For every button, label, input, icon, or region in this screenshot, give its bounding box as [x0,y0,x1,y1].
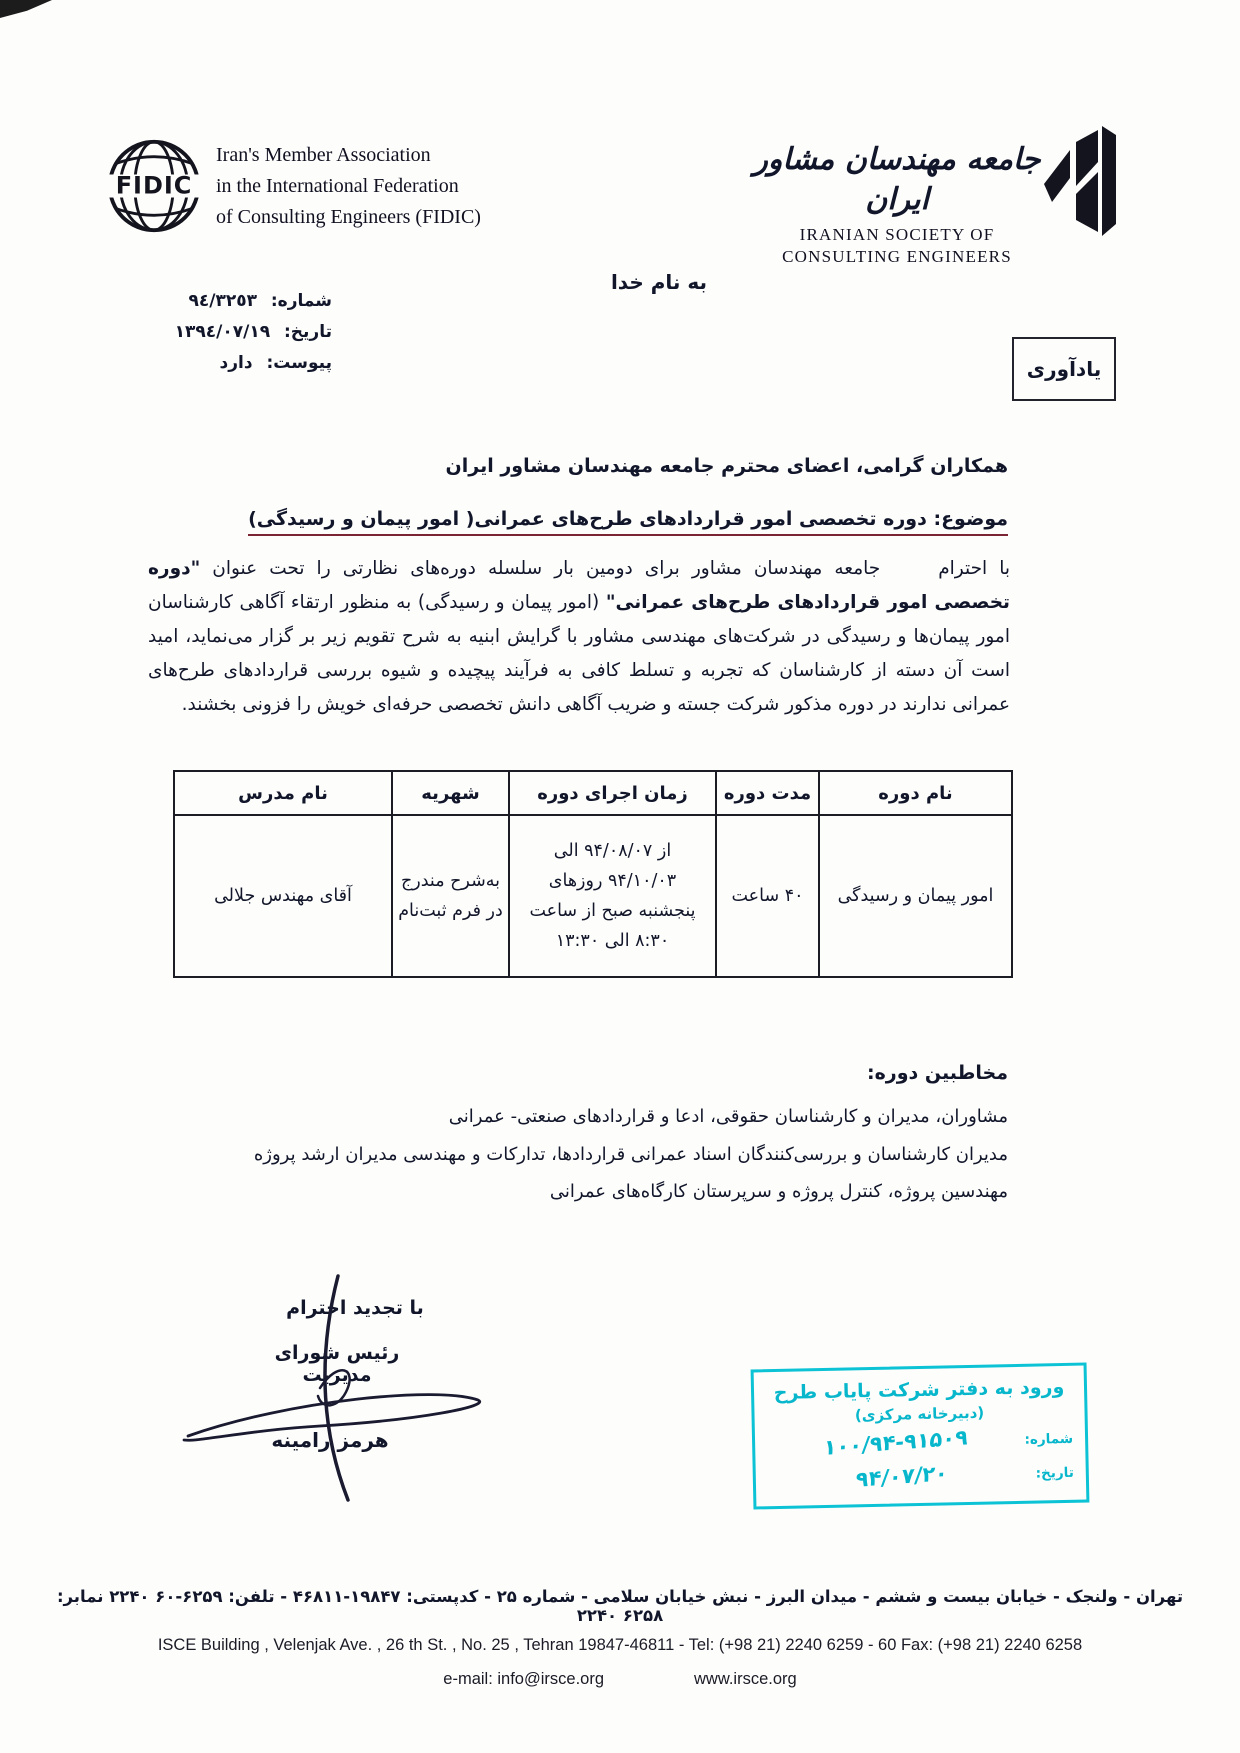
addressee-line: همکاران گرامی، اعضای محترم جامعه مهندسان… [446,455,1008,477]
subject-line: موضوع: دوره تخصصی امور قراردادهای طرح‌ها… [248,508,1008,536]
schedule-line: از ۹۴/۰۸/۰۷ الی [511,836,714,866]
audience-heading: مخاطبین دوره: [867,1062,1008,1084]
ref-date-value: ١٣٩٤/٠٧/١٩ [175,322,270,342]
body-paragraph: با احترامجامعه مهندسان مشاور برای دومین … [148,552,1010,722]
audience-item: مشاوران، مدیران و کارشناسان حقوقی، ادعا … [254,1098,1008,1136]
fidic-globe-icon: FIDIC [106,138,202,234]
fidic-line-1: Iran's Member Association [216,140,481,171]
audience-item: مدیران کارشناسان و بررسی‌کنندگان اسناد ع… [254,1136,1008,1174]
col-instructor: نام مدرس [174,771,392,815]
entry-stamp: ورود به دفتر شرکت پایاب طرح (دبیرخانه مر… [751,1362,1090,1509]
ref-attachment: پیوست: دارد [175,348,332,379]
ref-attachment-label: پیوست: [267,353,333,373]
signature-closing: با تجدید احترام [270,1297,440,1319]
footer-address-en: ISCE Building , Velenjak Ave. , 26 th St… [40,1636,1200,1655]
ref-number-value: ٩٤/٣٢٥٣ [188,291,256,311]
subject-label: موضوع: [933,508,1008,530]
schedule-line: ۸:۳۰ الی ۱۳:۳۰ [511,926,714,956]
fidic-line-2: in the International Federation [216,171,481,202]
footer-website: www.irsce.org [694,1670,797,1689]
audience-list: مشاوران، مدیران و کارشناسان حقوقی، ادعا … [254,1098,1008,1211]
isce-name-en-2: CONSULTING ENGINEERS [752,246,1042,268]
signature-name: هرمز رامینه [245,1428,415,1452]
cell-schedule: از ۹۴/۰۸/۰۷ الی ۹۴/۱۰/۰۳ روزهای پنجشنبه … [509,815,716,977]
ref-attachment-value: دارد [220,353,253,373]
salutation: با احترام [938,558,1010,579]
cell-instructor: آقای مهندس جلالی [174,815,392,977]
bismillah: به نام خدا [539,270,779,294]
ref-date: تاریخ: ١٣٩٤/٠٧/١٩ [175,317,332,348]
col-fee: شهریه [392,771,509,815]
fidic-header: FIDIC Iran's Member Association in the I… [106,138,481,234]
isce-calligraphy: جامعه مهندسان مشاور ایران [752,140,1042,220]
scanned-letter-page: FIDIC Iran's Member Association in the I… [0,0,1240,1753]
subject-text: دوره تخصصی امور قراردادهای طرح‌های عمران… [248,508,927,530]
scan-artifact [0,0,52,18]
audience-item: مهندسین پروژه، کنترل پروژه و سرپرستان کا… [254,1173,1008,1211]
body-text-1: جامعه مهندسان مشاور برای دومین بار سلسله… [200,558,880,579]
stamp-date-label: تاریخ: [1036,1465,1074,1482]
fee-line: در فرم ثبت‌نام [394,896,507,926]
footer-address-fa: تهران - ولنجک - خیابان بیست و ششم - میدا… [40,1587,1200,1625]
stamp-date-value: ۹۴/۰۷/۲۰ [767,1454,1036,1498]
schedule-line: پنجشنبه صبح از ساعت [511,896,714,926]
fee-line: به‌شرح مندرج [394,866,507,896]
reference-block: شماره: ٩٤/٣٢٥٣ تاریخ: ١٣٩٤/٠٧/١٩ پیوست: … [175,286,332,379]
stamp-date-row: تاریخ: ۹۴/۰۷/۲۰ [768,1456,1075,1496]
schedule-line: ۹۴/۱۰/۰۳ روزهای [511,866,714,896]
course-table: نام دوره مدت دوره زمان اجرای دوره شهریه … [173,770,1013,978]
footer-contact-line: e-mail: info@irsce.org www.irsce.org [40,1670,1200,1689]
col-schedule: زمان اجرای دوره [509,771,716,815]
stamp-number-label: شماره: [1024,1431,1073,1448]
table-header-row: نام دوره مدت دوره زمان اجرای دوره شهریه … [174,771,1012,815]
cell-duration: ۴۰ ساعت [716,815,819,977]
ref-number: شماره: ٩٤/٣٢٥٣ [175,286,332,317]
ref-number-label: شماره: [271,291,332,311]
fidic-line-3: of Consulting Engineers (FIDIC) [216,202,481,233]
reminder-box: یادآوری [1012,337,1116,401]
table-row: امور پیمان و رسیدگی ۴۰ ساعت از ۹۴/۰۸/۰۷ … [174,815,1012,977]
cell-fee: به‌شرح مندرج در فرم ثبت‌نام [392,815,509,977]
footer-email: e-mail: info@irsce.org [443,1670,604,1689]
signature-title: رئیس شورای مدیریت [237,1342,437,1386]
col-course-name: نام دوره [819,771,1012,815]
isce-name-en-1: IRANIAN SOCIETY OF [752,224,1042,246]
ref-date-label: تاریخ: [284,322,332,342]
cell-course-name: امور پیمان و رسیدگی [819,815,1012,977]
col-duration: مدت دوره [716,771,819,815]
isce-header: جامعه مهندسان مشاور ایران IRANIAN SOCIET… [752,140,1042,268]
fidic-association-text: Iran's Member Association in the Interna… [216,140,481,233]
isce-logo-icon [1040,126,1118,238]
reminder-label: یادآوری [1027,357,1101,381]
fidic-wordmark: FIDIC [116,172,193,200]
